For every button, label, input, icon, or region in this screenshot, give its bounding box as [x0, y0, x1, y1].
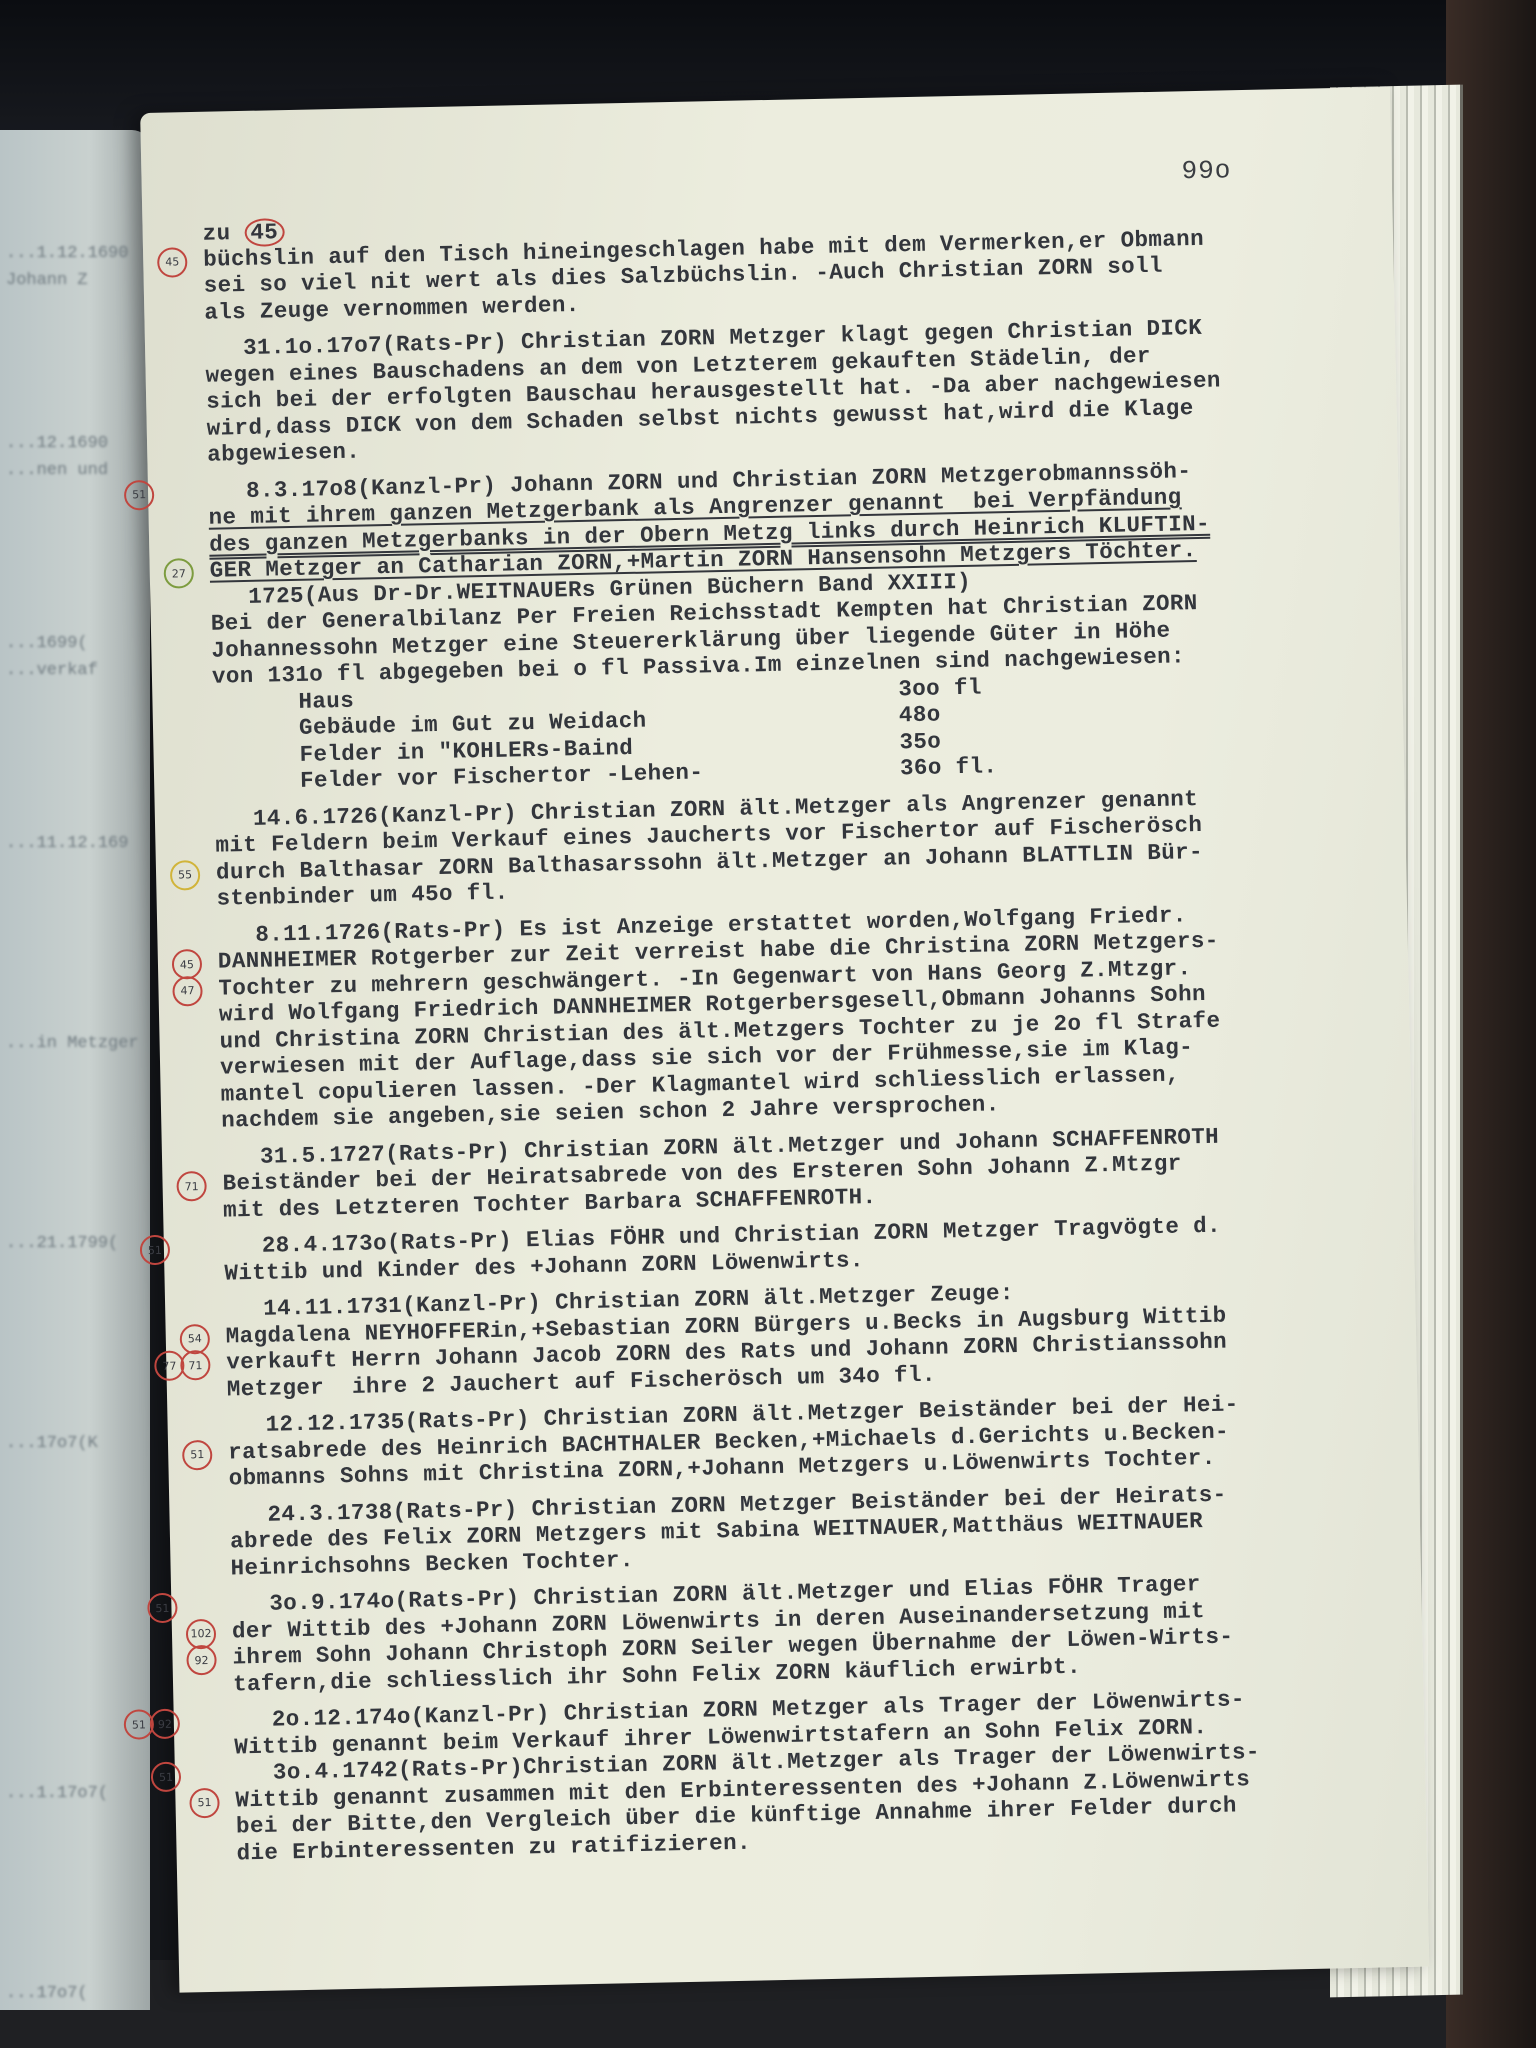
margin-annotation: 51	[182, 1439, 213, 1470]
margin-annotation: 45	[157, 247, 188, 278]
circled-page-reference: 45	[244, 218, 284, 247]
margin-annotation: 71	[180, 1350, 211, 1381]
margin-annotation: 27	[163, 558, 194, 589]
page-number: 99o	[1181, 155, 1231, 186]
margin-annotation: 55	[170, 860, 201, 891]
margin-annotation: 51	[189, 1787, 220, 1818]
margin-annotation: 47	[172, 975, 203, 1006]
margin-annotation: 51	[140, 1235, 171, 1266]
margin-annotation: 92	[150, 1709, 181, 1740]
typewritten-page: 99o zu 45 45büchslin auf den Tisch hinei…	[140, 87, 1429, 1993]
margin-annotation: 51	[124, 479, 155, 510]
margin-annotation: 51	[151, 1762, 182, 1793]
margin-annotation: 51	[147, 1593, 178, 1624]
page-body: zu 45 45büchslin auf den Tisch hineinges…	[202, 196, 1386, 1867]
margin-annotation: 45	[172, 949, 203, 980]
margin-annotation: 71	[176, 1171, 207, 1202]
margin-annotation: 92	[186, 1645, 217, 1676]
